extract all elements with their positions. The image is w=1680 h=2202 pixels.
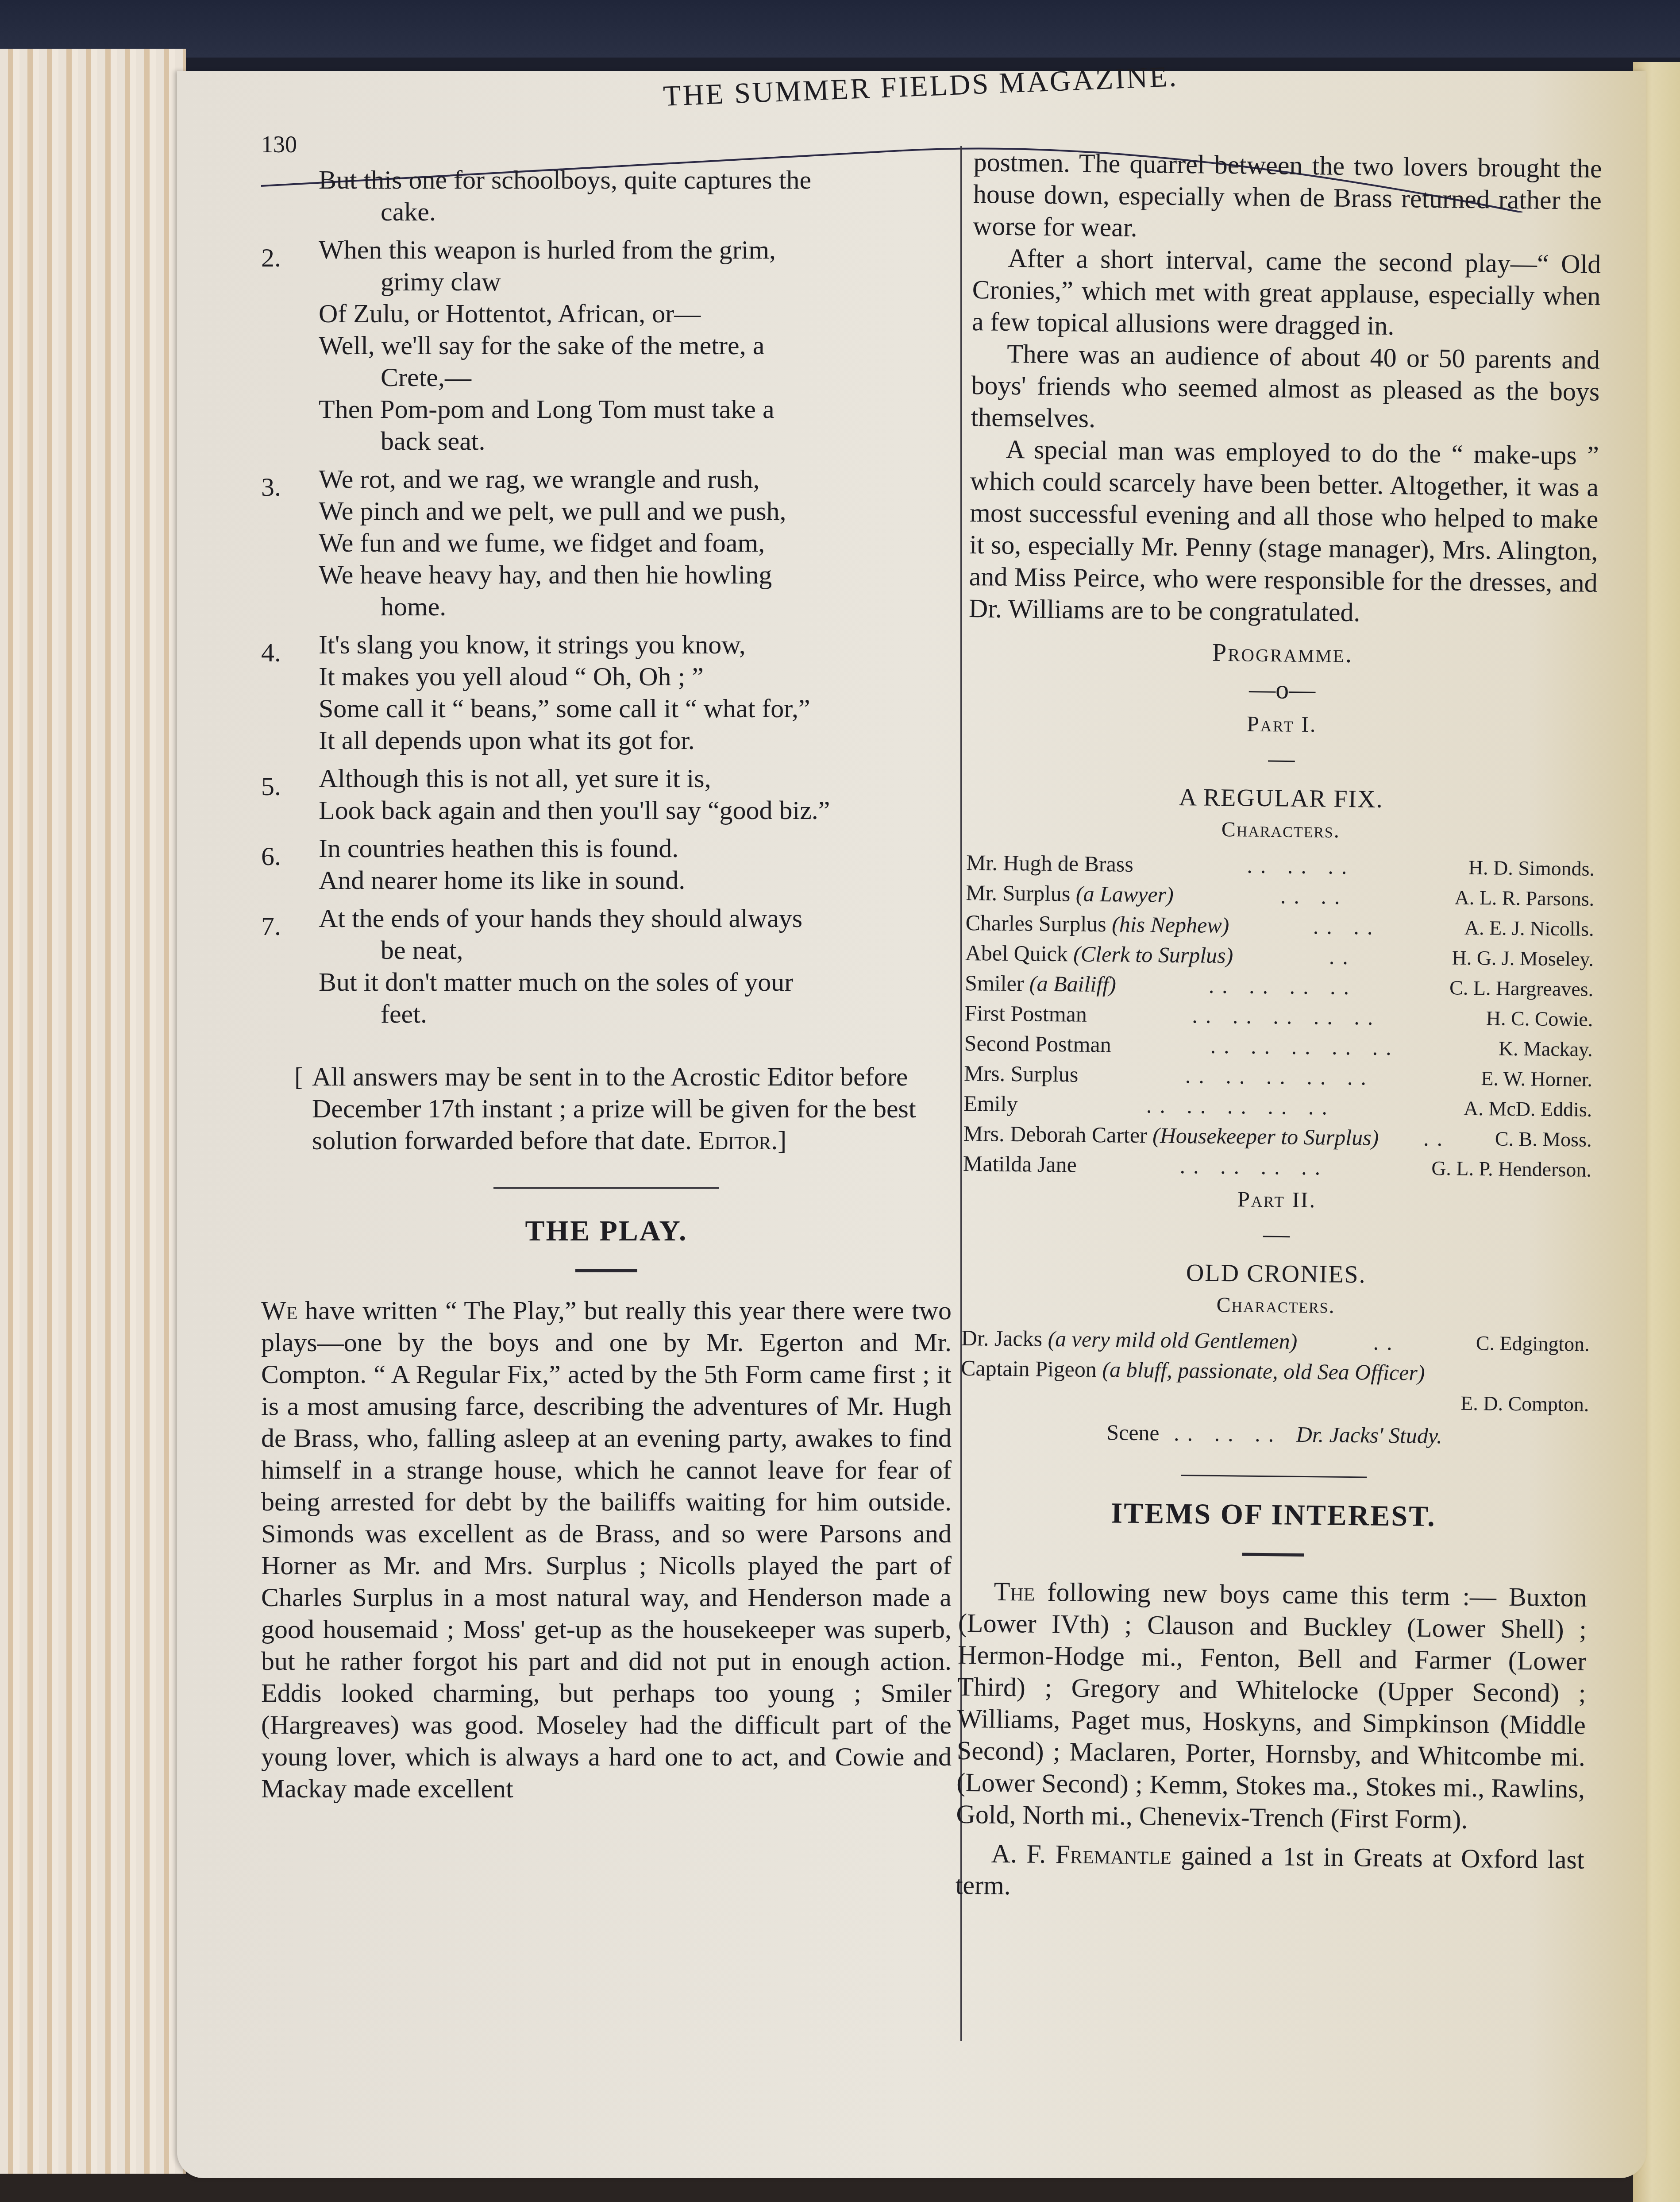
the-play-paragraph: We have written “ The Play,” but really … <box>261 1294 952 1804</box>
verse-line: Then Pom-pom and Long Tom must take a <box>319 393 952 425</box>
verse-line: It all depends upon what its got for. <box>319 724 952 756</box>
verse-line: Some call it “ beans,” some call it “ wh… <box>319 692 952 724</box>
verse-number: 4. <box>261 637 281 668</box>
verse-line-cont: cake. <box>319 196 952 228</box>
note-bracket: [ <box>294 1061 303 1093</box>
verse-line: Look back again and then you'll say “goo… <box>319 794 952 826</box>
verse-line: We fun and we fume, we fidget and foam, <box>319 527 952 559</box>
verse-line-cont: back seat. <box>319 425 952 457</box>
verse-1-tail: But this one for schoolboys, quite captu… <box>261 164 952 228</box>
scene-dots: .. .. .. <box>1165 1421 1291 1447</box>
the-play-paragraph-2: After a short interval, came the second … <box>971 242 1601 344</box>
verse-line: We heave heavy hay, and then hie howling <box>319 559 952 591</box>
left-column: But this one for schoolboys, quite captu… <box>261 164 952 1804</box>
verse-line: At the ends of your hands they should al… <box>319 902 952 934</box>
verse-line-cont: feet. <box>319 998 952 1030</box>
drop-lead: We <box>261 1296 297 1325</box>
verse-line: But it don't matter much on the soles of… <box>319 966 952 998</box>
verse-line: Well, we'll say for the sake of the metr… <box>319 329 952 361</box>
part-2-heading: Part II. <box>963 1180 1591 1219</box>
cast-list-old-cronies: Dr. Jacks (a very mild old Gentlemen)..C… <box>960 1323 1590 1453</box>
verse-number: 5. <box>261 770 281 802</box>
scene-label: Scene <box>1106 1420 1160 1445</box>
drop-lead: The <box>994 1577 1035 1607</box>
cast-list-regular-fix: Mr. Hugh de Brass .. .. ..H. D. Simonds.… <box>963 847 1595 1185</box>
note-text: All answers may be sent in to the Acrost… <box>312 1062 916 1155</box>
verse-line: Of Zulu, or Hottentot, African, or— <box>319 297 952 329</box>
verse-4: 4. It's slang you know, it strings you k… <box>261 629 952 756</box>
verse-line: And nearer home its like in sound. <box>319 864 952 896</box>
verse-2: 2. When this weapon is hurled from the g… <box>261 234 952 457</box>
short-dash: — <box>967 739 1596 778</box>
part-1-heading: Part I. <box>967 705 1596 743</box>
scene-line: Scene .. .. .. Dr. Jacks' Study. <box>960 1416 1589 1453</box>
verse-line-cont: grimy claw <box>319 266 952 297</box>
verse-7: 7. At the ends of your hands they should… <box>261 902 952 1030</box>
cast-actor: E. D. Compton. <box>960 1383 1589 1420</box>
verse-line: It makes you yell aloud “ Oh, Oh ; ” <box>319 661 952 692</box>
verse-line: We pinch and we pelt, we pull and we pus… <box>319 495 952 527</box>
verse-line-cont: home. <box>319 591 952 622</box>
right-column: postmen. The quarrel between the two lov… <box>955 146 1602 1908</box>
items-of-interest-heading: ITEMS OF INTEREST. <box>959 1496 1588 1534</box>
verse-number: 3. <box>261 471 281 503</box>
verse-number: 6. <box>261 840 281 872</box>
verse-line: Although this is not all, yet sure it is… <box>319 762 952 794</box>
background-fabric <box>0 0 1680 58</box>
verse-number: 7. <box>261 910 281 942</box>
new-boys-paragraph: The following new boys came this term :—… <box>956 1575 1587 1837</box>
note-signature: Editor.] <box>698 1126 786 1155</box>
section-rule <box>1181 1475 1367 1478</box>
verse-5: 5. Although this is not all, yet sure it… <box>261 762 952 826</box>
editor-note: [ All answers may be sent in to the Acro… <box>261 1061 952 1156</box>
verse-line: But this one for schoolboys, quite captu… <box>319 164 952 196</box>
programme-heading: Programme. <box>968 634 1597 672</box>
verse-line: In countries heathen this is found. <box>319 832 952 864</box>
heading-dash <box>1242 1553 1304 1557</box>
verse-6: 6. In countries heathen this is found. A… <box>261 832 952 896</box>
verse-line: When this weapon is hurled from the grim… <box>319 234 952 266</box>
page-edges <box>0 49 186 2174</box>
heading-dash <box>575 1269 637 1272</box>
paragraph-text: have written “ The Play,” but really thi… <box>261 1296 952 1803</box>
verse-line-cont: Crete,— <box>319 361 952 393</box>
the-play-paragraph-cont: postmen. The quarrel between the two lov… <box>973 146 1602 248</box>
verse-number: 2. <box>261 242 281 274</box>
name-smallcaps: A. F. Fremantle <box>991 1839 1171 1870</box>
cast-row: Matilda Jane .. .. .. ..G. L. P. Henders… <box>963 1148 1592 1185</box>
paragraph-text: following new boys came this term :— Bux… <box>956 1577 1587 1834</box>
verse-line: It's slang you know, it strings you know… <box>319 629 952 661</box>
characters-label: Characters. <box>961 1286 1590 1325</box>
characters-label: Characters. <box>967 811 1595 850</box>
the-play-paragraph-3: There was an audience of about 40 or 50 … <box>971 337 1600 440</box>
fremantle-paragraph: A. F. Fremantle gained a 1st in Greats a… <box>955 1837 1584 1908</box>
section-rule <box>493 1187 719 1189</box>
the-play-heading: THE PLAY. <box>261 1215 952 1247</box>
verse-line: We rot, and we rag, we wrangle and rush, <box>319 463 952 495</box>
scene-value: Dr. Jacks' Study. <box>1296 1422 1442 1448</box>
ornament-separator: —o— <box>968 670 1597 709</box>
short-dash: — <box>962 1215 1591 1253</box>
verse-3: 3. We rot, and we rag, we wrangle and ru… <box>261 463 952 622</box>
the-play-paragraph-4: A special man was employed to do the “ m… <box>969 433 1599 631</box>
verse-line-cont: be neat, <box>319 934 952 966</box>
